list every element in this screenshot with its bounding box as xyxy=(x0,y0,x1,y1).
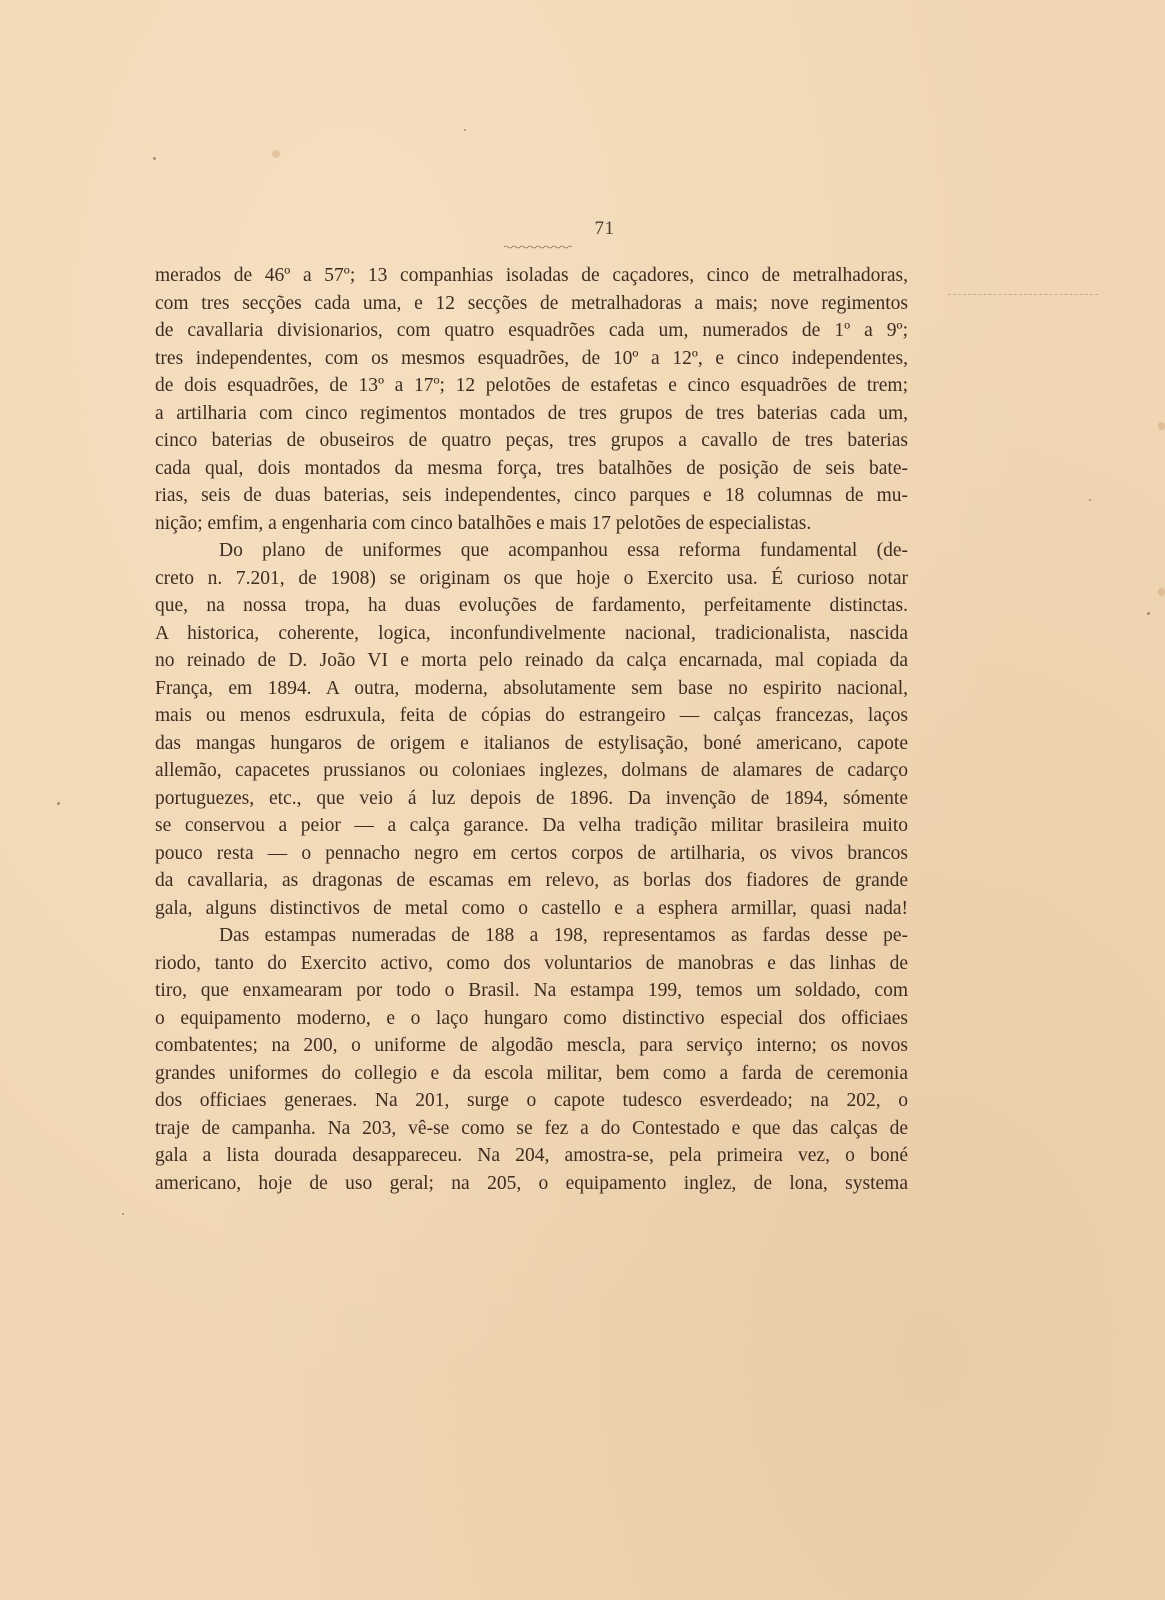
paragraph-2: Do plano de uniformes que acompanhou ess… xyxy=(155,537,908,922)
text-line: mais ou menos esdruxula, feita de cópias… xyxy=(155,702,908,730)
text-line: que, na nossa tropa, ha duas evoluções d… xyxy=(155,592,908,620)
paper-speck xyxy=(57,802,60,805)
wavy-rule-ornament xyxy=(504,245,572,249)
text-line: creto n. 7.201, de 1908) se originam os … xyxy=(155,565,908,593)
paragraph-1: merados de 46º a 57º; 13 companhias isol… xyxy=(155,262,908,537)
text-line: tiro, que enxamearam por todo o Brasil. … xyxy=(155,977,908,1005)
paper-speck xyxy=(1089,499,1091,501)
paper-speck xyxy=(122,1213,124,1215)
text-line: dos officiaes generaes. Na 201, surge o … xyxy=(155,1087,908,1115)
paragraph-3: Das estampas numeradas de 188 a 198, rep… xyxy=(155,922,908,1197)
paper-speck xyxy=(153,157,156,160)
text-line: de cavallaria divisionarios, com quatro … xyxy=(155,317,908,345)
text-line: merados de 46º a 57º; 13 companhias isol… xyxy=(155,262,908,290)
text-line: nição; emfim, a engenharia com cinco bat… xyxy=(155,510,908,538)
text-line: o equipamento moderno, e o laço hungaro … xyxy=(155,1005,908,1033)
text-line: no reinado de D. João VI e morta pelo re… xyxy=(155,647,908,675)
text-line: com tres secções cada uma, e 12 secções … xyxy=(155,290,908,318)
text-line: riodo, tanto do Exercito activo, como do… xyxy=(155,950,908,978)
text-line: pouco resta — o pennacho negro em certos… xyxy=(155,840,908,868)
text-line: cinco baterias de obuseiros de quatro pe… xyxy=(155,427,908,455)
text-line: portuguezes, etc., que veio á luz depois… xyxy=(155,785,908,813)
scanned-book-page: 71 merados de 46º a 57º; 13 companhias i… xyxy=(0,0,1165,1600)
text-line: combatentes; na 200, o uniforme de algod… xyxy=(155,1032,908,1060)
foxing-stain xyxy=(1158,422,1165,430)
foxing-stain xyxy=(1158,588,1165,596)
text-line: da cavallaria, as dragonas de escamas em… xyxy=(155,867,908,895)
text-line: gala, alguns distinctivos de metal como … xyxy=(155,895,908,923)
text-line: de dois esquadrões, de 13º a 17º; 12 pel… xyxy=(155,372,908,400)
paper-speck xyxy=(1147,612,1150,615)
text-line: se conservou a peior — a calça garance. … xyxy=(155,812,908,840)
page-header: 71 xyxy=(0,218,1165,240)
text-line: rias, seis de duas baterias, seis indepe… xyxy=(155,482,908,510)
text-line: Do plano de uniformes que acompanhou ess… xyxy=(155,537,908,565)
text-line: cada qual, dois montados da mesma força,… xyxy=(155,455,908,483)
text-line: a artilharia com cinco regimentos montad… xyxy=(155,400,908,428)
page-number: 71 xyxy=(595,218,615,240)
text-line: gala a lista dourada desappareceu. Na 20… xyxy=(155,1142,908,1170)
text-line: tres independentes, com os mesmos esquad… xyxy=(155,345,908,373)
text-line: grandes uniformes do collegio e da escol… xyxy=(155,1060,908,1088)
text-line: das mangas hungaros de origem e italiano… xyxy=(155,730,908,758)
text-line: A historica, coherente, logica, inconfun… xyxy=(155,620,908,648)
text-line: traje de campanha. Na 203, vê-se como se… xyxy=(155,1115,908,1143)
text-line: americano, hoje de uso geral; na 205, o … xyxy=(155,1170,908,1198)
text-line: França, em 1894. A outra, moderna, absol… xyxy=(155,675,908,703)
paper-speck xyxy=(464,129,466,131)
text-line: Das estampas numeradas de 188 a 198, rep… xyxy=(155,922,908,950)
foxing-stain xyxy=(272,150,280,158)
body-text: merados de 46º a 57º; 13 companhias isol… xyxy=(155,262,908,1197)
text-line: allemão, capacetes prussianos ou colonia… xyxy=(155,757,908,785)
margin-pencil-mark xyxy=(948,294,1098,297)
